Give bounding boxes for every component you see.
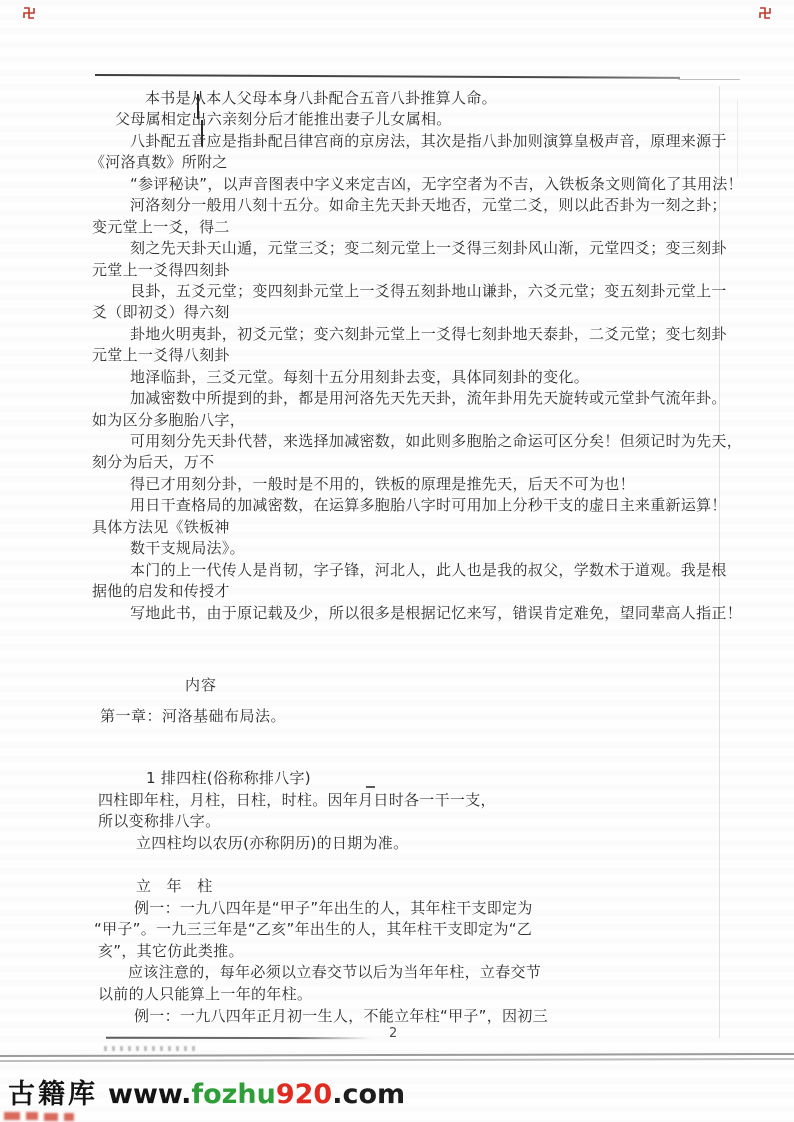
text-line: 写地此书，由于原记载及少，所以很多是根据记忆来写，错误肯定难免，望同辈高人指正！: [90, 603, 730, 624]
text-line: 四柱即年柱，月柱，日柱，时柱。因年月日时各一干一支，: [90, 790, 730, 812]
swastika-icon: [758, 6, 772, 20]
scan-edge-line: [0, 1053, 794, 1057]
text-line: 加减密数中所提到的卦，都是用河洛先天先天卦，流年卦用先天旋转或元堂卦气流年卦。: [90, 388, 730, 409]
text-line: 地泽临卦，三爻元堂。每刻十五分用刻卦去变，具体同刻卦的变化。: [90, 367, 730, 388]
scan-fold-line-short: [737, 100, 738, 178]
chapter-title: 第一章：河洛基础布局法。: [100, 705, 286, 726]
text-line: 刻分为后天，万不: [90, 452, 730, 473]
red-cutoff-text-artifact: [64, 1113, 74, 1121]
red-cutoff-text-artifact: [4, 1112, 20, 1120]
text-line: 所以变称排八字。: [90, 811, 730, 833]
text-line: 《河洛真数》所附之: [90, 152, 730, 173]
text-line: 卦地火明夷卦，初爻元堂；变六刻卦元堂上一爻得七刻卦地天泰卦，二爻元堂；变七刻卦: [90, 324, 730, 345]
text-line: 如为区分多胞胎八字，: [90, 410, 730, 431]
text-line: 变元堂上一爻，得二: [90, 217, 730, 238]
text-line: 数干支规局法》。: [90, 538, 730, 559]
text-line: “参评秘诀”，以声音图表中字义来定吉凶，无字空者为不吉，入铁板条文则简化了其用法…: [90, 174, 730, 195]
text-line: 立 年 柱: [90, 876, 730, 898]
text-line: 1 排四柱(俗称称排八字): [90, 768, 730, 790]
page-number: 2: [389, 1026, 397, 1041]
watermark-url-prefix: www.: [108, 1079, 191, 1110]
text-line: 具体方法见《铁板神: [90, 517, 730, 538]
section-pillar-lines: 1 排四柱(俗称称排八字)四柱即年柱，月柱，日柱，时柱。因年月日时各一干一支，所…: [90, 768, 730, 1027]
text-line: 八卦配五音应是指卦配吕律宫商的京房法，其次是指八卦加则演算皇极声音，原理来源于: [90, 131, 730, 152]
text-line: 艮卦，五爻元堂；变四刻卦元堂上一爻得五刻卦地山谦卦，六爻元堂；变五刻卦元堂上一: [90, 281, 730, 302]
red-cutoff-text-artifact: [44, 1113, 58, 1121]
text-line: 立四柱均以农历(亦称阴历)的日期为准。: [90, 833, 730, 855]
text-line: 父母属相定出六亲刻分后才能推出妻子儿女属相。: [90, 109, 730, 130]
scanned-document-page: 本书是从本人父母本身八卦配合五音八卦推算人命。父母属相定出六亲刻分后才能推出妻子…: [0, 0, 794, 1122]
watermark-url-red: 920: [276, 1079, 332, 1110]
text-line: 元堂上一爻得八刻卦: [90, 345, 730, 366]
text-line: 元堂上一爻得四刻卦: [90, 260, 730, 281]
text-line: 爻（即初爻）得六刻: [90, 302, 730, 323]
cutoff-text-artifact: [104, 1046, 200, 1051]
text-line: 可用刻分先天卦代替，来选择加减密数，如此则多胞胎之命运可区分矣！但须记时为先天，: [90, 431, 730, 452]
text-line: 本门的上一代传人是肖韧，字子锋，河北人，此人也是我的叔父，学数术于道观。我是根: [90, 560, 730, 581]
text-line: 应该注意的，每年必须以立春交节以后为当年年柱，立春交节: [90, 962, 730, 984]
text-line: 河洛刻分一般用八刻十五分。如命主先天卦天地否，元堂二爻，则以此否卦为一刻之卦；: [90, 195, 730, 216]
text-line: 本书是从本人父母本身八卦配合五音八卦推算人命。: [90, 88, 730, 109]
text-line: 以前的人只能算上一年的年柱。: [90, 984, 730, 1006]
scan-edge-line: [0, 1058, 794, 1062]
intro-paragraphs: 本书是从本人父母本身八卦配合五音八卦推算人命。父母属相定出六亲刻分后才能推出妻子…: [90, 88, 730, 624]
watermark-site-name: 古籍库: [8, 1079, 98, 1110]
swastika-icon: [22, 6, 36, 20]
text-line: 得已才用刻分卦，一般时是不用的，铁板的原理是推先天，后天不可为也！: [90, 474, 730, 495]
watermark: 古籍库www.fozhu920.com: [8, 1072, 405, 1111]
contents-heading: 内容: [185, 674, 217, 695]
footer-rule: [106, 1037, 372, 1040]
text-line: 例一：一九八四年正月初一生人，不能立年柱“甲子”，因初三: [90, 1006, 730, 1028]
text-line: 用日干查格局的加减密数，在运算多胞胎八字时可用加上分秒干支的虚日主来重新运算！: [90, 495, 730, 516]
blank-line: [90, 854, 730, 876]
watermark-url-green: fozhu: [191, 1079, 275, 1110]
text-line: 亥”，其它仿此类推。: [90, 941, 730, 963]
watermark-url-suffix: .com: [332, 1079, 405, 1110]
red-cutoff-text-artifact: [26, 1112, 38, 1120]
text-line: 据他的启发和传授才: [90, 581, 730, 602]
text-line: 例一：一九八四年是“甲子”年出生的人，其年柱干支即定为: [90, 898, 730, 920]
top-rule: [95, 74, 680, 79]
text-line: 刻之先天卦天山遁，元堂三爻；变二刻元堂上一爻得三刻卦风山渐，元堂四爻；变三刻卦: [90, 238, 730, 259]
text-line: “甲子”。一九三三年是“乙亥”年出生的人，其年柱干支即定为“乙: [90, 919, 730, 941]
top-rule-tail: [678, 79, 740, 80]
